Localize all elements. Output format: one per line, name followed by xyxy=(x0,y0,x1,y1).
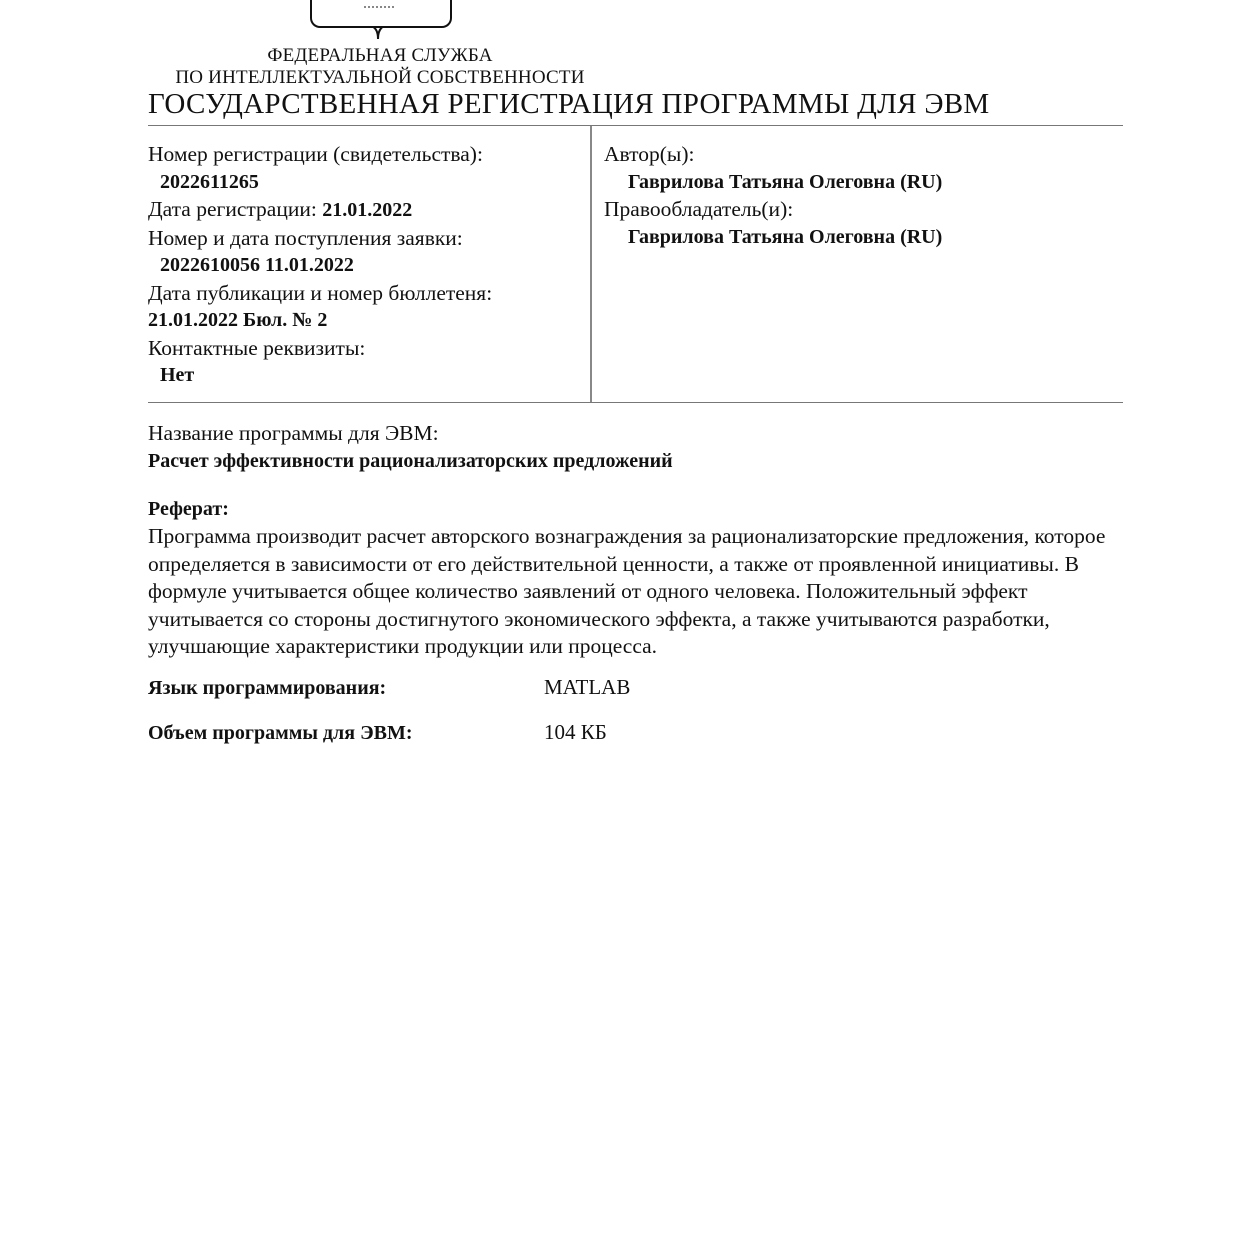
abstract-label: Реферат: xyxy=(148,495,1128,523)
reg-number-label: Номер регистрации (свидетельства): xyxy=(148,141,588,169)
divider-middle xyxy=(148,402,1123,403)
divider-top xyxy=(148,125,1123,126)
agency-name-line1: ФЕДЕРАЛЬНАЯ СЛУЖБА xyxy=(150,45,610,67)
authors-label: Автор(ы): xyxy=(604,141,1124,169)
contacts-value: Нет xyxy=(148,362,588,390)
language-value: MATLAB xyxy=(544,675,630,700)
language-label: Язык программирования: xyxy=(148,677,544,700)
reg-date-value: 21.01.2022 xyxy=(322,199,412,221)
author-name: Гаврилова Татьяна Олеговна (RU) xyxy=(604,169,1124,197)
application-value: 2022610056 11.01.2022 xyxy=(148,252,588,280)
publication-label: Дата публикации и номер бюллетеня: xyxy=(148,280,588,308)
program-name: Расчет эффективности рационализаторских … xyxy=(148,447,1128,475)
reg-date-row: Дата регистрации: 21.01.2022 xyxy=(148,196,588,225)
size-value: 104 КБ xyxy=(544,720,607,745)
publication-value: 21.01.2022 Бюл. № 2 xyxy=(148,307,588,335)
application-label: Номер и дата поступления заявки: xyxy=(148,225,588,253)
contacts-label: Контактные реквизиты: xyxy=(148,335,588,363)
parties-details: Автор(ы): Гаврилова Татьяна Олеговна (RU… xyxy=(604,141,1124,251)
holder-name: Гаврилова Татьяна Олеговна (RU) xyxy=(604,224,1124,252)
divider-vertical xyxy=(590,126,592,403)
size-label: Объем программы для ЭВМ: xyxy=(148,722,544,745)
size-row: Объем программы для ЭВМ:104 КБ xyxy=(148,720,748,745)
holders-label: Правообладатель(и): xyxy=(604,196,1124,224)
document-title: ГОСУДАРСТВЕННАЯ РЕГИСТРАЦИЯ ПРОГРАММЫ ДЛ… xyxy=(148,88,990,121)
emblem-mark xyxy=(364,0,394,8)
agency-name-line2: ПО ИНТЕЛЛЕКТУАЛЬНОЙ СОБСТВЕННОСТИ xyxy=(150,67,610,89)
reg-date-label: Дата регистрации: xyxy=(148,197,317,221)
program-name-label: Название программы для ЭВМ: xyxy=(148,419,1128,447)
abstract-text: Программа производит расчет авторского в… xyxy=(148,523,1128,661)
language-row: Язык программирования:MATLAB xyxy=(148,675,748,700)
reg-number-value: 2022611265 xyxy=(148,169,588,197)
program-section: Название программы для ЭВМ: Расчет эффек… xyxy=(148,419,1128,661)
emblem-point-icon xyxy=(371,26,385,40)
registration-details: Номер регистрации (свидетельства): 20226… xyxy=(148,141,588,390)
